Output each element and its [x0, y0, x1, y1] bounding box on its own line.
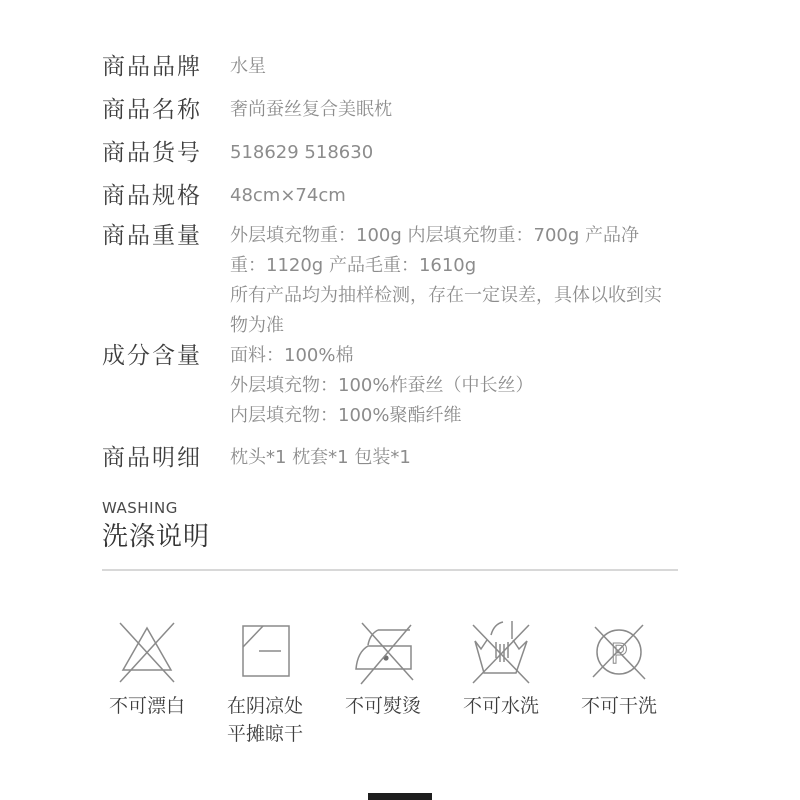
washing-section-title: 洗涤说明: [102, 520, 678, 554]
spec-label-weight: 商品重量: [102, 221, 230, 251]
spec-value-size: 48cm×74cm: [230, 181, 664, 211]
spec-value-name: 奢尚蚕丝复合美眠枕: [230, 95, 664, 125]
spec-row-item-number: 商品货号 518629 518630: [102, 138, 664, 168]
spec-value-contents: 枕头*1 枕套*1 包装*1: [230, 443, 664, 473]
spec-value-line: 外层填充物重：100g 内层填充物重：700g 产品净重：1120g 产品毛重：…: [230, 221, 664, 281]
spec-row-contents: 商品明细 枕头*1 枕套*1 包装*1: [102, 443, 664, 473]
spec-value-line: 外层填充物：100%柞蚕丝（中长丝）: [230, 371, 664, 401]
care-label: 不可干洗: [581, 694, 657, 718]
no-iron-icon: [349, 616, 417, 690]
washing-section: WASHING 洗涤说明: [102, 500, 678, 571]
care-label: 不可水洗: [463, 694, 539, 718]
spec-label-brand: 商品品牌: [102, 52, 230, 82]
spec-value-line: 奢尚蚕丝复合美眠枕: [230, 95, 664, 125]
washing-eyebrow: WASHING: [102, 500, 678, 517]
spec-value-composition: 面料：100%棉 外层填充物：100%柞蚕丝（中长丝） 内层填充物：100%聚酯…: [230, 341, 664, 431]
care-label: 不可漂白: [109, 694, 185, 718]
spec-value-line: 内层填充物：100%聚酯纤维: [230, 401, 664, 431]
care-item-no-dry-clean: P 不可干洗: [581, 616, 657, 746]
spec-label-size: 商品规格: [102, 181, 230, 211]
care-label: 不可熨烫: [345, 694, 421, 718]
spec-row-size: 商品规格 48cm×74cm: [102, 181, 664, 211]
spec-row-composition: 成分含量 面料：100%棉 外层填充物：100%柞蚕丝（中长丝） 内层填充物：1…: [102, 341, 664, 431]
spec-value-line: 面料：100%棉: [230, 341, 664, 371]
section-divider: [102, 569, 678, 571]
spec-value-line: 518629 518630: [230, 138, 664, 168]
care-item-no-bleach: 不可漂白: [109, 616, 185, 746]
spec-value-brand: 水星: [230, 52, 664, 82]
care-item-no-wash: 不可水洗: [463, 616, 539, 746]
spec-value-line: 48cm×74cm: [230, 181, 664, 211]
spec-table: 商品品牌 水星 商品名称 奢尚蚕丝复合美眠枕 商品货号 518629 51863…: [102, 52, 664, 486]
dry-flat-in-shade-icon: [231, 616, 299, 690]
spec-value-item-number: 518629 518630: [230, 138, 664, 168]
spec-label-item-number: 商品货号: [102, 138, 230, 168]
no-dry-clean-icon: P: [585, 616, 653, 690]
spec-label-composition: 成分含量: [102, 341, 230, 371]
spec-row-weight: 商品重量 外层填充物重：100g 内层填充物重：700g 产品净重：1120g …: [102, 221, 664, 341]
care-item-no-iron: 不可熨烫: [345, 616, 421, 746]
dry-clean-letter: P: [611, 637, 628, 670]
next-section-edge: [368, 793, 432, 800]
care-label: 在阴凉处: [227, 694, 303, 718]
care-label-line2: 平摊晾干: [227, 722, 303, 746]
care-icons-row: 不可漂白 在阴凉处 平摊晾干 不可熨烫: [109, 616, 657, 746]
spec-label-contents: 商品明细: [102, 443, 230, 473]
spec-row-brand: 商品品牌 水星: [102, 52, 664, 82]
spec-value-line: 水星: [230, 52, 664, 82]
no-bleach-icon: [113, 616, 181, 690]
spec-row-name: 商品名称 奢尚蚕丝复合美眠枕: [102, 95, 664, 125]
spec-label-name: 商品名称: [102, 95, 230, 125]
spec-value-line: 枕头*1 枕套*1 包装*1: [230, 443, 664, 473]
care-item-dry-flat-in-shade: 在阴凉处 平摊晾干: [227, 616, 303, 746]
no-wash-icon: [467, 616, 535, 690]
spec-value-line: 所有产品均为抽样检测，存在一定误差，具体以收到实物为准: [230, 281, 664, 341]
spec-value-weight: 外层填充物重：100g 内层填充物重：700g 产品净重：1120g 产品毛重：…: [230, 221, 664, 341]
